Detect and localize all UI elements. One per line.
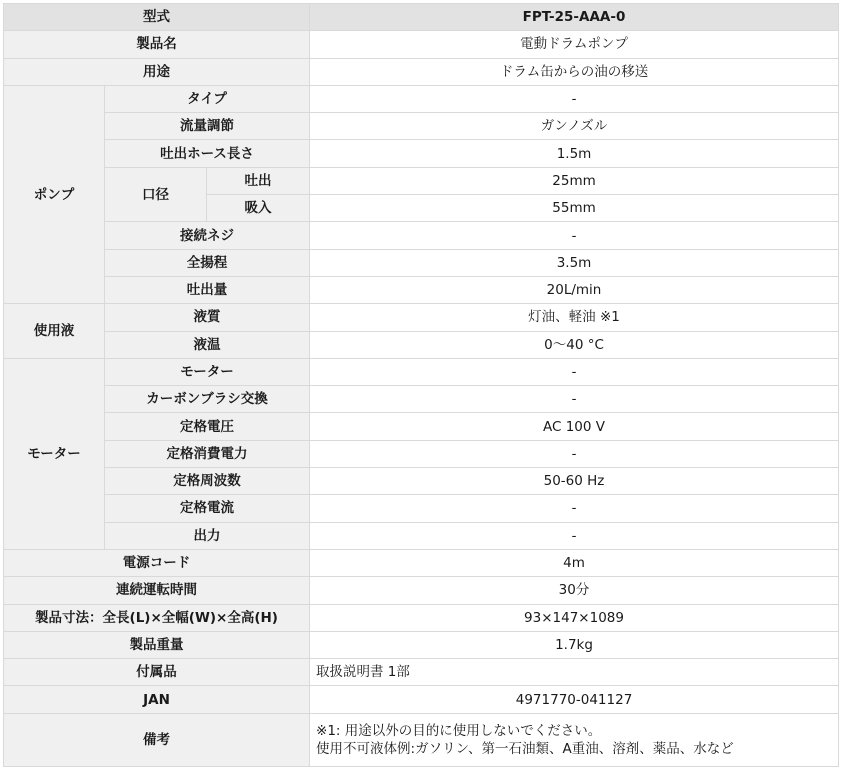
row-current: 定格電流 - xyxy=(4,495,839,522)
brush-value: - xyxy=(310,386,839,413)
thread-label: 接続ネジ xyxy=(105,222,310,249)
model-label: 型式 xyxy=(4,4,310,31)
flow-control-label: 流量調節 xyxy=(105,113,310,140)
row-cord: 電源コード 4m xyxy=(4,549,839,576)
power-label: 定格消費電力 xyxy=(105,440,310,467)
current-label: 定格電流 xyxy=(105,495,310,522)
remarks-line-1: ※1: 用途以外の目的に使用しないでください。 xyxy=(316,722,832,740)
row-model: 型式 FPT-25-AAA-0 xyxy=(4,4,839,31)
product-name-value: 電動ドラムポンプ xyxy=(310,31,839,58)
liquid-quality-label: 液質 xyxy=(105,304,310,331)
liquid-temperature-label: 液温 xyxy=(105,331,310,358)
output-value: - xyxy=(310,522,839,549)
runtime-label: 連続運転時間 xyxy=(4,577,310,604)
motor-group-label: モーター xyxy=(4,358,105,549)
discharge-rate-label: 吐出量 xyxy=(105,276,310,303)
jan-value: 4971770-041127 xyxy=(310,686,839,713)
model-value: FPT-25-AAA-0 xyxy=(310,4,839,31)
row-jan: JAN 4971770-041127 xyxy=(4,686,839,713)
current-value: - xyxy=(310,495,839,522)
flow-control-value: ガンノズル xyxy=(310,113,839,140)
liquid-group-label: 使用液 xyxy=(4,304,105,359)
bore-discharge-value: 25mm xyxy=(310,167,839,194)
motor-label: モーター xyxy=(105,358,310,385)
row-bore-discharge: 口径 吐出 25mm xyxy=(4,167,839,194)
row-dimensions: 製品寸法：全長(L)×全幅(W)×全高(H) 93×147×1089 xyxy=(4,604,839,631)
remarks-line-2: 使用不可液体例:ガソリン、第一石油類、A重油、溶剤、薬品、水など xyxy=(316,740,832,758)
bore-label: 口径 xyxy=(105,167,207,222)
motor-value: - xyxy=(310,358,839,385)
row-liquid-temperature: 液温 0〜40 °C xyxy=(4,331,839,358)
total-head-label: 全揚程 xyxy=(105,249,310,276)
weight-value: 1.7kg xyxy=(310,631,839,658)
row-product-name: 製品名 電動ドラムポンプ xyxy=(4,31,839,58)
row-frequency: 定格周波数 50-60 Hz xyxy=(4,468,839,495)
hose-length-label: 吐出ホース長さ xyxy=(105,140,310,167)
dimensions-label: 製品寸法：全長(L)×全幅(W)×全高(H) xyxy=(4,604,310,631)
row-brush: カーボンブラシ交換 - xyxy=(4,386,839,413)
row-hose-length: 吐出ホース長さ 1.5m xyxy=(4,140,839,167)
brush-label: カーボンブラシ交換 xyxy=(105,386,310,413)
spec-table: 型式 FPT-25-AAA-0 製品名 電動ドラムポンプ 用途 ドラム缶からの油… xyxy=(3,3,839,767)
bore-discharge-label: 吐出 xyxy=(207,167,310,194)
row-runtime: 連続運転時間 30分 xyxy=(4,577,839,604)
cord-label: 電源コード xyxy=(4,549,310,576)
row-output: 出力 - xyxy=(4,522,839,549)
row-weight: 製品重量 1.7kg xyxy=(4,631,839,658)
runtime-value: 30分 xyxy=(310,577,839,604)
liquid-temperature-value: 0〜40 °C xyxy=(310,331,839,358)
voltage-label: 定格電圧 xyxy=(105,413,310,440)
product-name-label: 製品名 xyxy=(4,31,310,58)
usage-label: 用途 xyxy=(4,58,310,85)
remarks-label: 備考 xyxy=(4,713,310,766)
hose-length-value: 1.5m xyxy=(310,140,839,167)
discharge-rate-value: 20L/min xyxy=(310,276,839,303)
row-pump-type: ポンプ タイプ - xyxy=(4,85,839,112)
row-thread: 接続ネジ - xyxy=(4,222,839,249)
row-usage: 用途 ドラム缶からの油の移送 xyxy=(4,58,839,85)
voltage-value: AC 100 V xyxy=(310,413,839,440)
row-liquid-quality: 使用液 液質 灯油、軽油 ※1 xyxy=(4,304,839,331)
row-motor: モーター モーター - xyxy=(4,358,839,385)
remarks-value: ※1: 用途以外の目的に使用しないでください。 使用不可液体例:ガソリン、第一石… xyxy=(310,713,839,766)
frequency-label: 定格周波数 xyxy=(105,468,310,495)
frequency-value: 50-60 Hz xyxy=(310,468,839,495)
total-head-value: 3.5m xyxy=(310,249,839,276)
row-power: 定格消費電力 - xyxy=(4,440,839,467)
row-discharge-rate: 吐出量 20L/min xyxy=(4,276,839,303)
bore-suction-value: 55mm xyxy=(310,195,839,222)
cord-value: 4m xyxy=(310,549,839,576)
pump-type-value: - xyxy=(310,85,839,112)
liquid-quality-value: 灯油、軽油 ※1 xyxy=(310,304,839,331)
row-flow-control: 流量調節 ガンノズル xyxy=(4,113,839,140)
output-label: 出力 xyxy=(105,522,310,549)
row-total-head: 全揚程 3.5m xyxy=(4,249,839,276)
usage-value: ドラム缶からの油の移送 xyxy=(310,58,839,85)
row-voltage: 定格電圧 AC 100 V xyxy=(4,413,839,440)
dimensions-value: 93×147×1089 xyxy=(310,604,839,631)
pump-group-label: ポンプ xyxy=(4,85,105,303)
accessories-label: 付属品 xyxy=(4,659,310,686)
power-value: - xyxy=(310,440,839,467)
row-accessories: 付属品 取扱説明書 1部 xyxy=(4,659,839,686)
jan-label: JAN xyxy=(4,686,310,713)
accessories-value: 取扱説明書 1部 xyxy=(310,659,839,686)
bore-suction-label: 吸入 xyxy=(207,195,310,222)
thread-value: - xyxy=(310,222,839,249)
weight-label: 製品重量 xyxy=(4,631,310,658)
row-remarks: 備考 ※1: 用途以外の目的に使用しないでください。 使用不可液体例:ガソリン、… xyxy=(4,713,839,766)
pump-type-label: タイプ xyxy=(105,85,310,112)
